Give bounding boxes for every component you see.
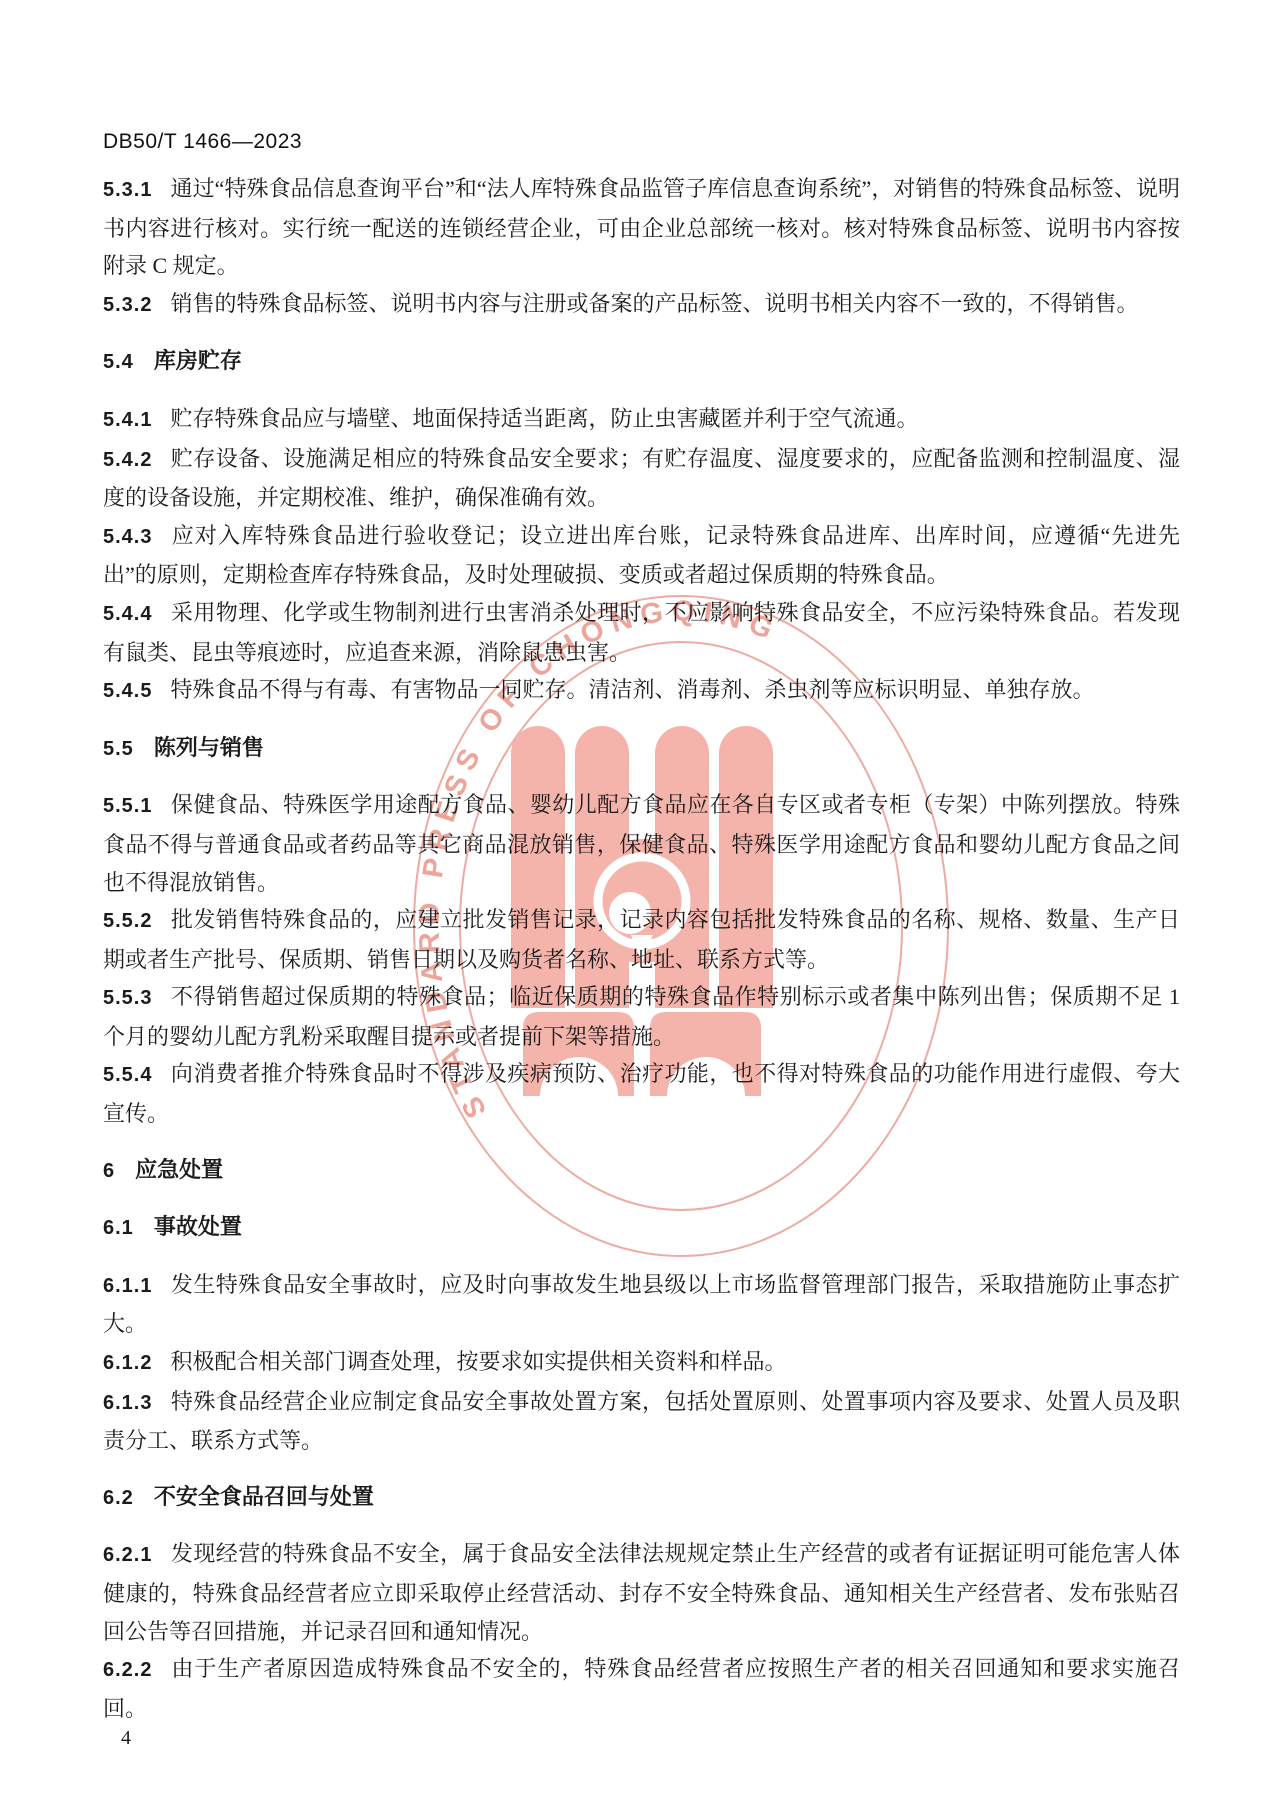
clause-paragraph: 6.2.2由于生产者原因造成特殊食品不安全的，特殊食品经营者应按照生产者的相关召… (103, 1650, 1180, 1727)
clause-number: 5.5.4 (103, 1064, 152, 1086)
clause-text: 陈列与销售 (154, 735, 264, 760)
clause-paragraph: 6.1.2积极配合相关部门调查处理，按要求如实提供相关资料和样品。 (103, 1343, 1180, 1383)
clause-paragraph: 5.5.3不得销售超过保质期的特殊食品；临近保质期的特殊食品作特别标示或者集中陈… (103, 978, 1180, 1055)
clause-text: 由于生产者原因造成特殊食品不安全的，特殊食品经营者应按照生产者的相关召回通知和要… (103, 1656, 1180, 1721)
clause-text: 贮存特殊食品应与墙壁、地面保持适当距离，防止虫害藏匿并利于空气流通。 (170, 406, 918, 431)
clause-number: 6.1.2 (103, 1352, 152, 1374)
section-heading: 6.1事故处置 (103, 1208, 1180, 1248)
clause-text: 积极配合相关部门调查处理，按要求如实提供相关资料和样品。 (170, 1349, 786, 1374)
clause-paragraph: 6.2.1发现经营的特殊食品不安全，属于食品安全法律法规规定禁止生产经营的或者有… (103, 1535, 1180, 1650)
clause-paragraph: 5.4.4采用物理、化学或生物制剂进行虫害消杀处理时，不应影响特殊食品安全，不应… (103, 594, 1180, 671)
clause-text: 特殊食品经营企业应制定食品安全事故处置方案，包括处置原则、处置事项内容及要求、处… (103, 1389, 1180, 1454)
clause-text: 采用物理、化学或生物制剂进行虫害消杀处理时，不应影响特殊食品安全，不应污染特殊食… (103, 600, 1180, 665)
clause-number: 5.5.2 (103, 910, 152, 932)
clause-number: 5.5.3 (103, 987, 152, 1009)
page-number: 4 (121, 1727, 131, 1750)
section-heading: 5.4库房贮存 (103, 342, 1180, 382)
clause-paragraph: 5.4.5特殊食品不得与有毒、有害物品一同贮存。清洁剂、消毒剂、杀虫剂等应标识明… (103, 671, 1180, 711)
clause-number: 5.5.1 (103, 795, 152, 817)
clause-paragraph: 5.5.4向消费者推介特殊食品时不得涉及疾病预防、治疗功能，也不得对特殊食品的功… (103, 1055, 1180, 1132)
clause-text: 不安全食品召回与处置 (154, 1484, 374, 1509)
clause-number: 6 (103, 1160, 115, 1182)
clause-number: 6.2 (103, 1487, 134, 1509)
clause-text: 通过“特殊食品信息查询平台”和“法人库特殊食品监管子库信息查询系统”，对销售的特… (103, 176, 1180, 278)
doc-number: DB50/T 1466—2023 (103, 130, 302, 154)
clause-number: 5.4.1 (103, 409, 152, 431)
section-heading: 6.2不安全食品召回与处置 (103, 1478, 1180, 1518)
clause-paragraph: 5.3.2销售的特殊食品标签、说明书内容与注册或备案的产品标签、说明书相关内容不… (103, 285, 1180, 325)
clause-paragraph: 5.5.2批发销售特殊食品的，应建立批发销售记录，记录内容包括批发特殊食品的名称… (103, 901, 1180, 978)
clause-number: 6.2.2 (103, 1659, 152, 1681)
clause-paragraph: 6.1.1发生特殊食品安全事故时，应及时向事故发生地县级以上市场监督管理部门报告… (103, 1266, 1180, 1343)
clause-text: 贮存设备、设施满足相应的特殊食品安全要求；有贮存温度、湿度要求的，应配备监测和控… (103, 446, 1180, 511)
clause-text: 批发销售特殊食品的，应建立批发销售记录，记录内容包括批发特殊食品的名称、规格、数… (103, 907, 1180, 972)
clause-text: 事故处置 (154, 1214, 242, 1239)
clause-number: 5.5 (103, 738, 134, 760)
section-heading: 6应急处置 (103, 1151, 1180, 1191)
section-heading: 5.5陈列与销售 (103, 729, 1180, 769)
clause-text: 应急处置 (135, 1157, 223, 1182)
clause-number: 6.1.1 (103, 1275, 152, 1297)
clause-text: 应对入库特殊食品进行验收登记；设立进出库台账，记录特殊食品进库、出库时间，应遵循… (103, 523, 1180, 588)
clause-text: 销售的特殊食品标签、说明书内容与注册或备案的产品标签、说明书相关内容不一致的，不… (170, 291, 1138, 316)
clause-number: 5.4.4 (103, 603, 152, 625)
clause-text: 保健食品、特殊医学用途配方食品、婴幼儿配方食品应在各自专区或者专柜（专架）中陈列… (103, 792, 1180, 894)
clause-number: 6.2.1 (103, 1544, 152, 1566)
clause-number: 6.1.3 (103, 1392, 152, 1414)
clause-number: 5.4.2 (103, 449, 152, 471)
clause-text: 不得销售超过保质期的特殊食品；临近保质期的特殊食品作特别标示或者集中陈列出售；保… (103, 984, 1180, 1049)
clause-number: 5.4.3 (103, 526, 152, 548)
clause-paragraph: 5.4.3应对入库特殊食品进行验收登记；设立进出库台账，记录特殊食品进库、出库时… (103, 517, 1180, 594)
clause-paragraph: 5.5.1保健食品、特殊医学用途配方食品、婴幼儿配方食品应在各自专区或者专柜（专… (103, 786, 1180, 901)
clause-number: 6.1 (103, 1217, 134, 1239)
clause-number: 5.3.1 (103, 179, 152, 201)
clause-paragraph: 5.3.1通过“特殊食品信息查询平台”和“法人库特殊食品监管子库信息查询系统”，… (103, 170, 1180, 285)
document-body: 5.3.1通过“特殊食品信息查询平台”和“法人库特殊食品监管子库信息查询系统”，… (103, 170, 1180, 1727)
clause-text: 发现经营的特殊食品不安全，属于食品安全法律法规规定禁止生产经营的或者有证据证明可… (103, 1541, 1180, 1643)
clause-text: 库房贮存 (154, 348, 242, 373)
clause-number: 5.4 (103, 351, 134, 373)
document-page: STANDARD PRESS OF CHONGQING (0, 0, 1280, 1810)
clause-text: 特殊食品不得与有毒、有害物品一同贮存。清洁剂、消毒剂、杀虫剂等应标识明显、单独存… (170, 677, 1094, 702)
clause-number: 5.3.2 (103, 294, 152, 316)
clause-number: 5.4.5 (103, 680, 152, 702)
clause-paragraph: 5.4.2贮存设备、设施满足相应的特殊食品安全要求；有贮存温度、湿度要求的，应配… (103, 440, 1180, 517)
clause-paragraph: 6.1.3特殊食品经营企业应制定食品安全事故处置方案，包括处置原则、处置事项内容… (103, 1383, 1180, 1460)
clause-text: 向消费者推介特殊食品时不得涉及疾病预防、治疗功能，也不得对特殊食品的功能作用进行… (103, 1061, 1180, 1126)
clause-text: 发生特殊食品安全事故时，应及时向事故发生地县级以上市场监督管理部门报告，采取措施… (103, 1272, 1180, 1337)
clause-paragraph: 5.4.1贮存特殊食品应与墙壁、地面保持适当距离，防止虫害藏匿并利于空气流通。 (103, 400, 1180, 440)
